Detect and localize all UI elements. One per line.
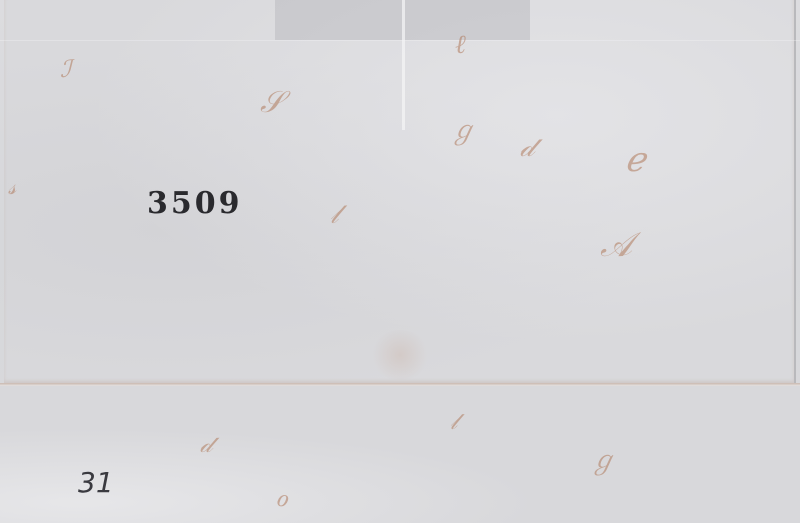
- ink-mark: 𝒹: [200, 430, 212, 458]
- pencil-annotation: 31: [78, 466, 114, 499]
- vertical-crease: [402, 0, 405, 130]
- stamped-number: 3509: [147, 186, 243, 221]
- ink-mark: 𝒜: [600, 225, 632, 265]
- horizontal-crease: [0, 40, 800, 41]
- upper-fold-panel: [4, 0, 796, 384]
- ink-mark: 𝓁: [450, 410, 457, 435]
- ink-mark: ℴ: [275, 480, 288, 513]
- ink-mark: 𝒮: [260, 85, 283, 120]
- scanned-letter: ℓ ℐ 𝒮 ℊ 𝒹 ℯ 𝒜 𝓁 𝓈 ℊ ℴ 𝒹 𝓁 3509 31: [0, 0, 800, 523]
- ink-mark: 𝒹: [520, 130, 534, 164]
- lower-fold-panel: [0, 386, 800, 523]
- ink-mark: 𝓁: [330, 200, 339, 231]
- ink-mark: ℐ: [60, 55, 71, 83]
- ink-mark: ℊ: [590, 440, 616, 477]
- ink-mark: ℯ: [625, 140, 645, 180]
- faded-seal-mark: [370, 330, 430, 380]
- ink-mark: 𝓈: [8, 175, 16, 200]
- ink-mark: ℊ: [450, 110, 476, 147]
- ink-mark: ℓ: [455, 30, 466, 60]
